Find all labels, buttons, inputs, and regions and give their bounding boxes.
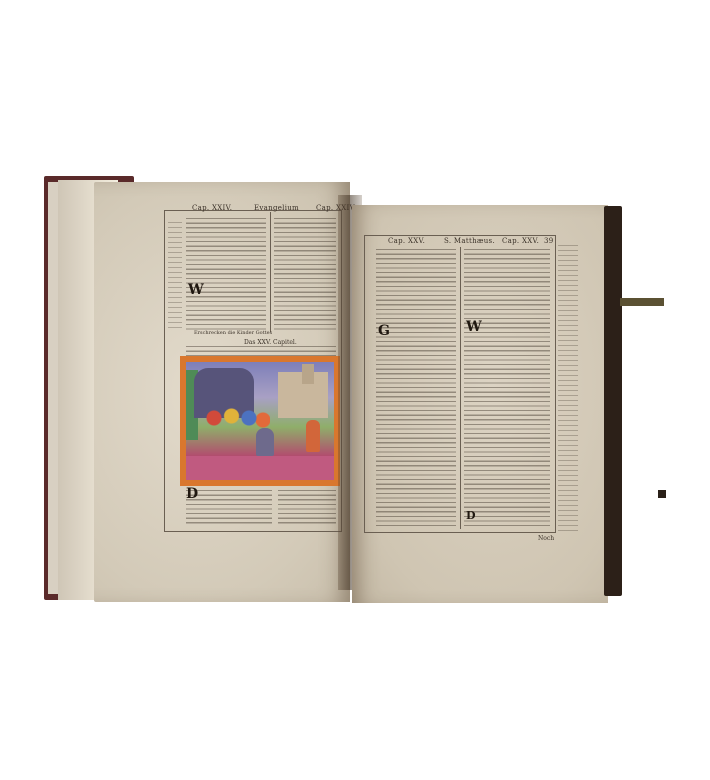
left-header-chapter: Cap. XXIV. [192,204,232,212]
left-col1-text [186,218,266,330]
bookmark-ribbon [620,298,664,306]
dropcap: G [378,323,390,339]
right-header-chapter: Cap. XXV. [388,237,425,245]
left-margin-notes [168,222,182,332]
right-margin-notes [558,245,578,535]
left-col2-text [274,218,336,330]
right-header-chapter-right: Cap. XXV. [502,237,539,245]
dropcap: W [466,319,482,335]
catchword: Noch [538,535,554,542]
right-header-title: S. Matthæus. [444,237,495,245]
left-bottom-col1 [186,490,272,526]
book-photo: Cap. XXIV. Evangelium Cap. XXIV. W Ersch… [0,0,710,780]
clasp-fragment [658,490,666,498]
page-number: 39 [544,237,554,245]
right-col2-text [464,249,550,527]
dropcap: D [466,509,476,522]
woodcut-illustration [180,356,340,486]
column-rule [270,212,271,332]
column-rule [460,247,461,529]
left-header-title: Evangelium [254,204,299,212]
chapter-summary [186,346,336,356]
left-bottom-col2 [278,490,336,526]
chapter-caption: Das XXV. Capitel. [244,339,297,346]
right-page: Cap. XXV. S. Matthæus. Cap. XXV. 39 G W … [352,205,608,603]
dropcap: D [186,486,198,502]
section-end-text: Erschrecken die Kinder Gottes [194,330,272,336]
dropcap: W [188,282,204,298]
right-col1-text [376,249,456,527]
right-cover [604,206,622,596]
